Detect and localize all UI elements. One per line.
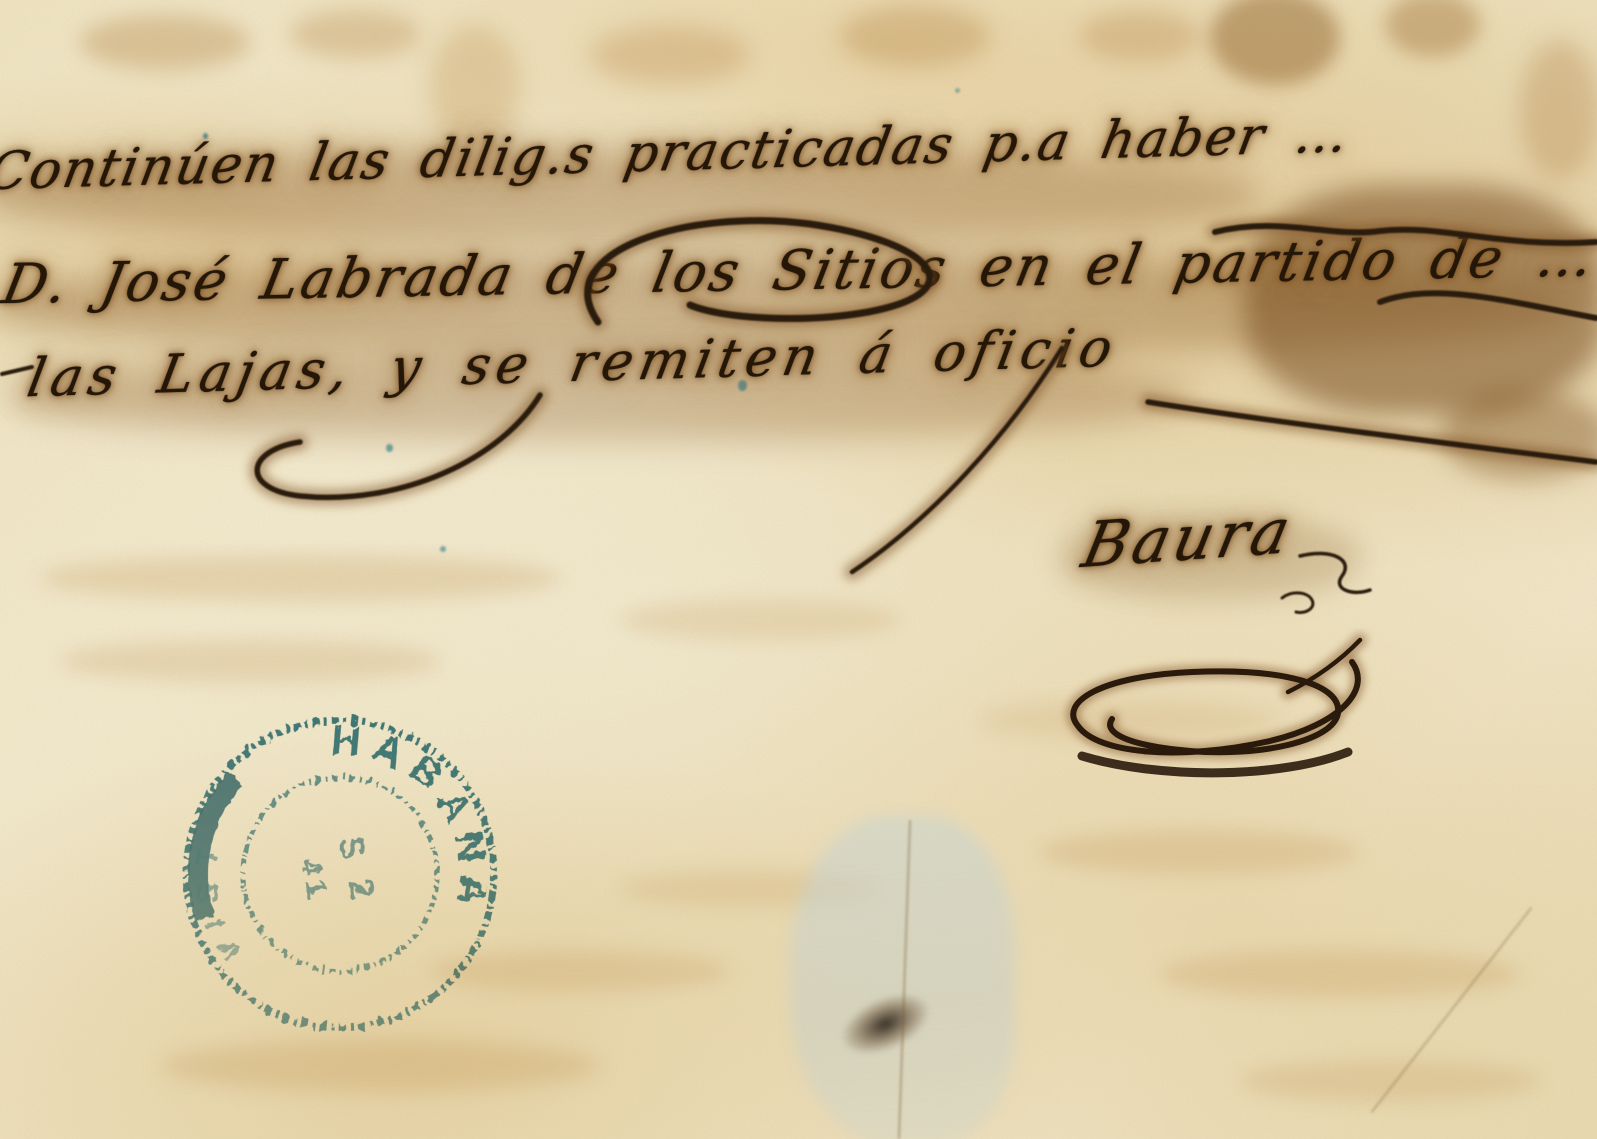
- manuscript-page: Continúen las dilig.s practicadas p.a ha…: [0, 0, 1597, 1139]
- stamp-date-line2: 41: [293, 855, 335, 905]
- postal-stamp: HABANA VIST S 2 41: [168, 702, 512, 1046]
- flourish-ink-layer: [2, 221, 1596, 613]
- line3-lead-dash: [2, 367, 32, 374]
- svg-text:VIST: VIST: [168, 818, 291, 970]
- signature-rubric: [1040, 628, 1390, 808]
- signature-small-mark: [1282, 593, 1313, 612]
- stamp-date-line1: S 2: [330, 832, 383, 909]
- stamp-ring-fragment: VIST: [168, 818, 291, 970]
- signature-tail: [1300, 553, 1370, 592]
- line3-tail-flourish: [1148, 402, 1596, 462]
- line2-right-stroke: [1380, 293, 1596, 318]
